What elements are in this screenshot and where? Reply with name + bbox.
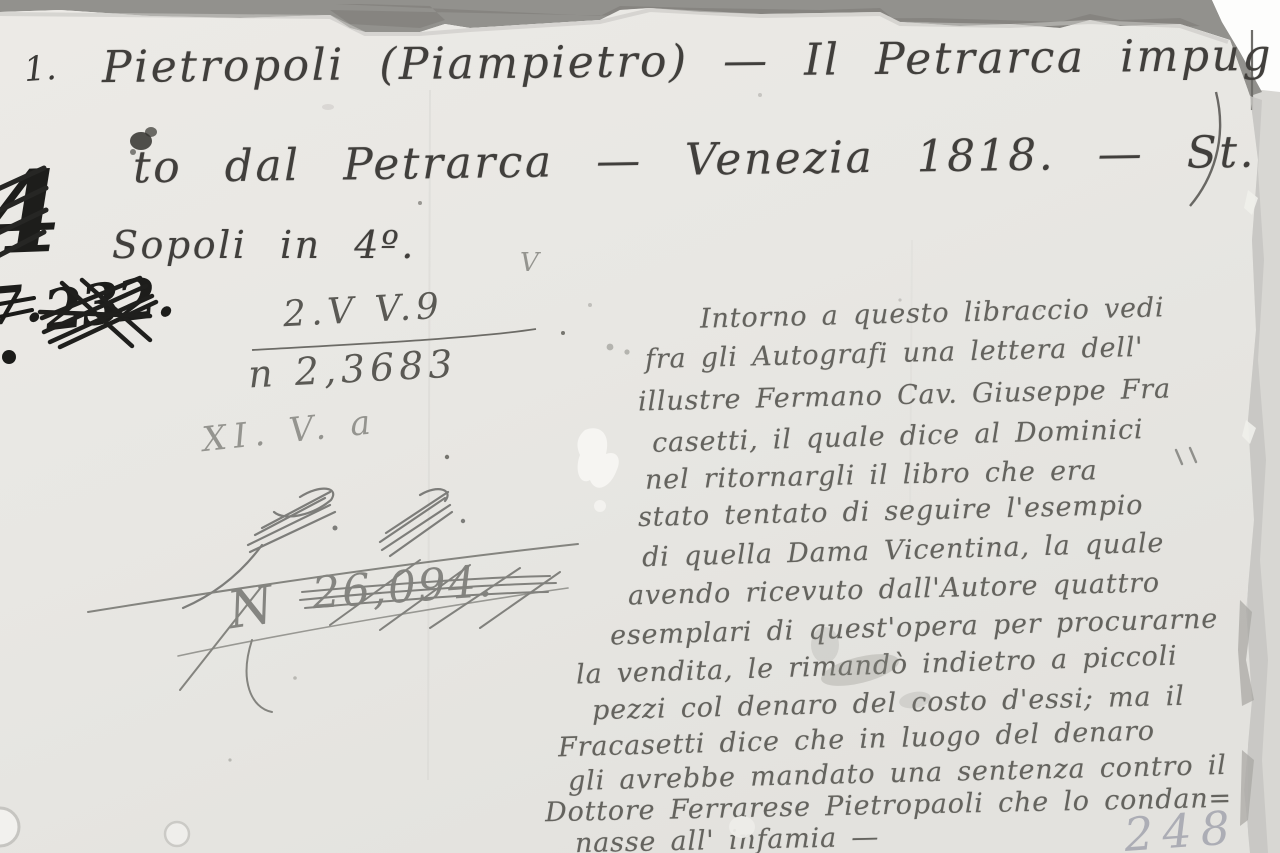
note-line-11: pezzi col denaro del costo d'essi; ma il	[592, 683, 1185, 724]
call-mark: 2.V V.9	[282, 289, 445, 333]
pencil-scribble-b	[380, 489, 452, 556]
paper-sheet	[0, 8, 1258, 853]
handwriting-layer: 1. Pietropoli (Piampietro) — Il Petrarca…	[0, 0, 1280, 853]
note-line-4: casetti, il quale dice al Dominici	[652, 416, 1144, 457]
right-edge-dark-spots	[1238, 600, 1254, 826]
note-line-9: esemplari di quest'opera per procurarne	[610, 606, 1219, 650]
ink-dot	[2, 350, 16, 364]
paper-damage-blob	[578, 428, 619, 487]
manuscript-page: 1. Pietropoli (Piampietro) — Il Petrarca…	[0, 0, 1280, 853]
entry-number: 1.	[23, 51, 58, 87]
abrasion-spot	[729, 816, 755, 838]
ink-smudges	[811, 627, 932, 711]
crossed-pencil-letter: N	[224, 579, 277, 637]
crossed-pencil-number: 26,094.	[311, 560, 496, 617]
note-line-12: Fracasetti dice che in luogo del denaro	[558, 718, 1156, 762]
note-line-6: stato tentato di seguire l'esempio	[638, 492, 1144, 531]
pencil-dot-1	[333, 526, 338, 531]
scan-background	[0, 0, 1280, 853]
punch-hole-1	[0, 808, 19, 846]
punch-hole-2	[165, 822, 189, 846]
margin-numeral-hatching	[0, 168, 46, 256]
paper-background	[0, 0, 1280, 853]
top-edge-shadow	[0, 10, 1228, 42]
title-line-3: Sopoli in 4º.	[112, 226, 416, 264]
note-line-7: di quella Dama Vicentina, la quale	[642, 530, 1165, 572]
note-line-5: nel ritornargli il libro che era	[645, 457, 1098, 493]
call-mark-underline	[252, 329, 536, 350]
title-line-2: to dal Petrarca — Venezia 1818. — St. A	[133, 130, 1280, 191]
pencil-scribble-a	[183, 489, 335, 608]
number-mark: n 2,3683	[247, 345, 458, 394]
pencil-class-mark: XI. V. a	[201, 405, 379, 457]
note-line-14: Dottore Ferrarese Pietropaoli che lo con…	[545, 785, 1232, 826]
title-line-1: Pietropoli (Piampietro) — Il Petrarca im…	[102, 34, 1273, 90]
crossed-margin-numeral: 4	[0, 157, 64, 272]
torn-top-rim	[0, 0, 1262, 96]
note-line-3: illustre Fermano Cav. Giuseppe Fra	[638, 375, 1172, 415]
note-line-10: la vendita, le rimandò indietro a piccol…	[576, 643, 1178, 689]
fold-line-2	[910, 240, 912, 520]
paper-specks	[228, 93, 1041, 762]
heading-flourish	[1190, 92, 1220, 206]
note-line-13: gli avrebbe mandato una sentenza contro …	[568, 752, 1227, 795]
torn-corner-white	[1212, 0, 1280, 92]
small-number-strikes	[0, 298, 34, 318]
pencil-tail-curve	[247, 640, 272, 712]
crossed-large-number: 232.	[41, 268, 175, 339]
adjacent-page-edge	[1248, 90, 1280, 853]
paper-damage-spot	[594, 500, 606, 512]
ragged-right-edge	[1244, 96, 1268, 853]
pencil-dot-2	[461, 519, 465, 523]
crossed-small-number: 7.	[0, 278, 44, 335]
pencil-ticks	[1176, 448, 1196, 464]
large-number-crosshatch	[40, 278, 156, 347]
pencil-number-scribbles	[300, 560, 560, 630]
note-line-2: fra gli Autografi una lettera dell'	[645, 334, 1144, 373]
pencil-check-mark: V	[520, 250, 539, 276]
ink-marks-overlay	[0, 0, 1280, 853]
note-line-15: nasse all' infamia —	[575, 824, 880, 853]
torn-top-rim-shade	[330, 4, 1200, 30]
pencil-page-number: 248	[1123, 804, 1241, 853]
fold-line	[428, 90, 430, 780]
ink-blot	[130, 127, 157, 155]
note-line-8: avendo ricevuto dall'Autore quattro	[628, 570, 1160, 610]
pencil-strike-lines	[88, 544, 578, 690]
note-line-1: Intorno a questo libraccio vedi	[700, 294, 1165, 332]
right-edge-highlights	[1242, 190, 1258, 444]
